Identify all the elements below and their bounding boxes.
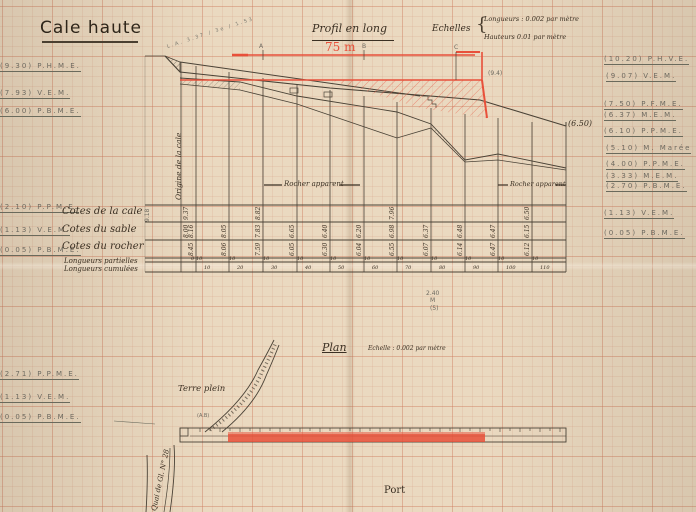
cell-rocher: 6.04 (356, 243, 363, 256)
end-level-label: (6.50) (568, 119, 592, 128)
cell-sable: 6.48 (457, 225, 464, 238)
cell-sable: 6.40 (322, 225, 329, 238)
middle-note: (5) (430, 305, 439, 312)
cell-cumul: 70 (405, 265, 411, 271)
cell-sable: 7.83 (255, 225, 262, 238)
small-level-note: (9.4) (488, 70, 502, 77)
middle-note: M (430, 297, 435, 304)
rock-visible-label: Rocher apparent (284, 180, 344, 188)
cell-sable: 6.47 (490, 225, 497, 238)
cell-rocher: 6.05 (289, 243, 296, 256)
cell-rocher: 6.47 (490, 243, 497, 256)
cell-rocher: 6.14 (457, 243, 464, 256)
cell-rocher: 7.59 (255, 243, 262, 256)
plan-drawing (114, 340, 566, 512)
cell-cale: 6.50 (524, 207, 531, 220)
cell-partial: 10 (498, 256, 504, 262)
row-label-sable: Cotes du sable (62, 224, 137, 235)
red-dimension-label: 75 m (325, 40, 355, 54)
row-label-rocher: Cotes du rocher (62, 241, 143, 252)
cell-sable: 6.15 (524, 225, 531, 238)
cell-sable: 6.65 (289, 225, 296, 238)
cell-cumul: 80 (439, 265, 445, 271)
cell-rocher: 6.07 (423, 243, 430, 256)
cell-sable: 8.16 (188, 225, 195, 238)
cell-partial: 10 (229, 256, 235, 262)
row-index-label: 9.18 (144, 209, 151, 222)
cell-sable: 6.98 (389, 225, 396, 238)
section-mark-a: A (259, 43, 263, 50)
cell-rocher: 6.12 (524, 243, 531, 256)
cell-cumul: 40 (305, 265, 311, 271)
cell-partial: 10 (297, 256, 303, 262)
terre-plein-label: Terre plein (178, 384, 225, 394)
cell-cumul: 100 (506, 265, 516, 271)
cell-sable: 6.20 (356, 225, 363, 238)
cell-cumul: 90 (473, 265, 479, 271)
rock-visible-label-right: Rocher apparent (510, 180, 565, 188)
row-label-partial: Longueurs partielles (64, 257, 138, 265)
cell-cale: 7.96 (389, 207, 396, 220)
cell-cumul: 30 (271, 265, 277, 271)
port-label: Port (384, 485, 405, 496)
cell-partial: 10 (263, 256, 269, 262)
cell-partial: 0 (191, 256, 194, 262)
cell-sable: 8.05 (221, 225, 228, 238)
cell-partial: 10 (330, 256, 336, 262)
middle-note: 2.40 (426, 290, 439, 297)
cell-partial: 10 (196, 256, 202, 262)
row-label-cumul: Longueurs cumulées (64, 265, 138, 273)
profile-drawing (0, 0, 696, 512)
cell-rocher: 8.45 (188, 243, 195, 256)
cell-cumul: 10 (204, 265, 210, 271)
origin-label: Origine de la cale (174, 133, 183, 200)
cell-cumul: 60 (372, 265, 378, 271)
plan-small-mark: (A.B) (197, 413, 209, 419)
cell-partial: 10 (397, 256, 403, 262)
row-label-cale: Cotes de la cale (62, 206, 142, 217)
section-mark-b: B (362, 43, 366, 50)
cell-cumul: 110 (540, 265, 550, 271)
cell-partial: 10 (465, 256, 471, 262)
cell-partial: 10 (364, 256, 370, 262)
cell-cumul: 50 (338, 265, 344, 271)
cell-sable: 6.37 (423, 225, 430, 238)
cell-cale: 9.37 (183, 207, 190, 220)
cell-cumul: 20 (237, 265, 243, 271)
cell-rocher: 8.06 (221, 243, 228, 256)
cell-partial: 10 (431, 256, 437, 262)
plan-heading: Plan (322, 341, 347, 354)
cell-rocher: 6.55 (389, 243, 396, 256)
cell-partial: 10 (532, 256, 538, 262)
plan-scale: Echelle : 0.002 par mètre (368, 345, 446, 352)
cell-rocher: 6.30 (322, 243, 329, 256)
cell-cale: 8.82 (255, 207, 262, 220)
section-mark-c: C (454, 44, 458, 51)
